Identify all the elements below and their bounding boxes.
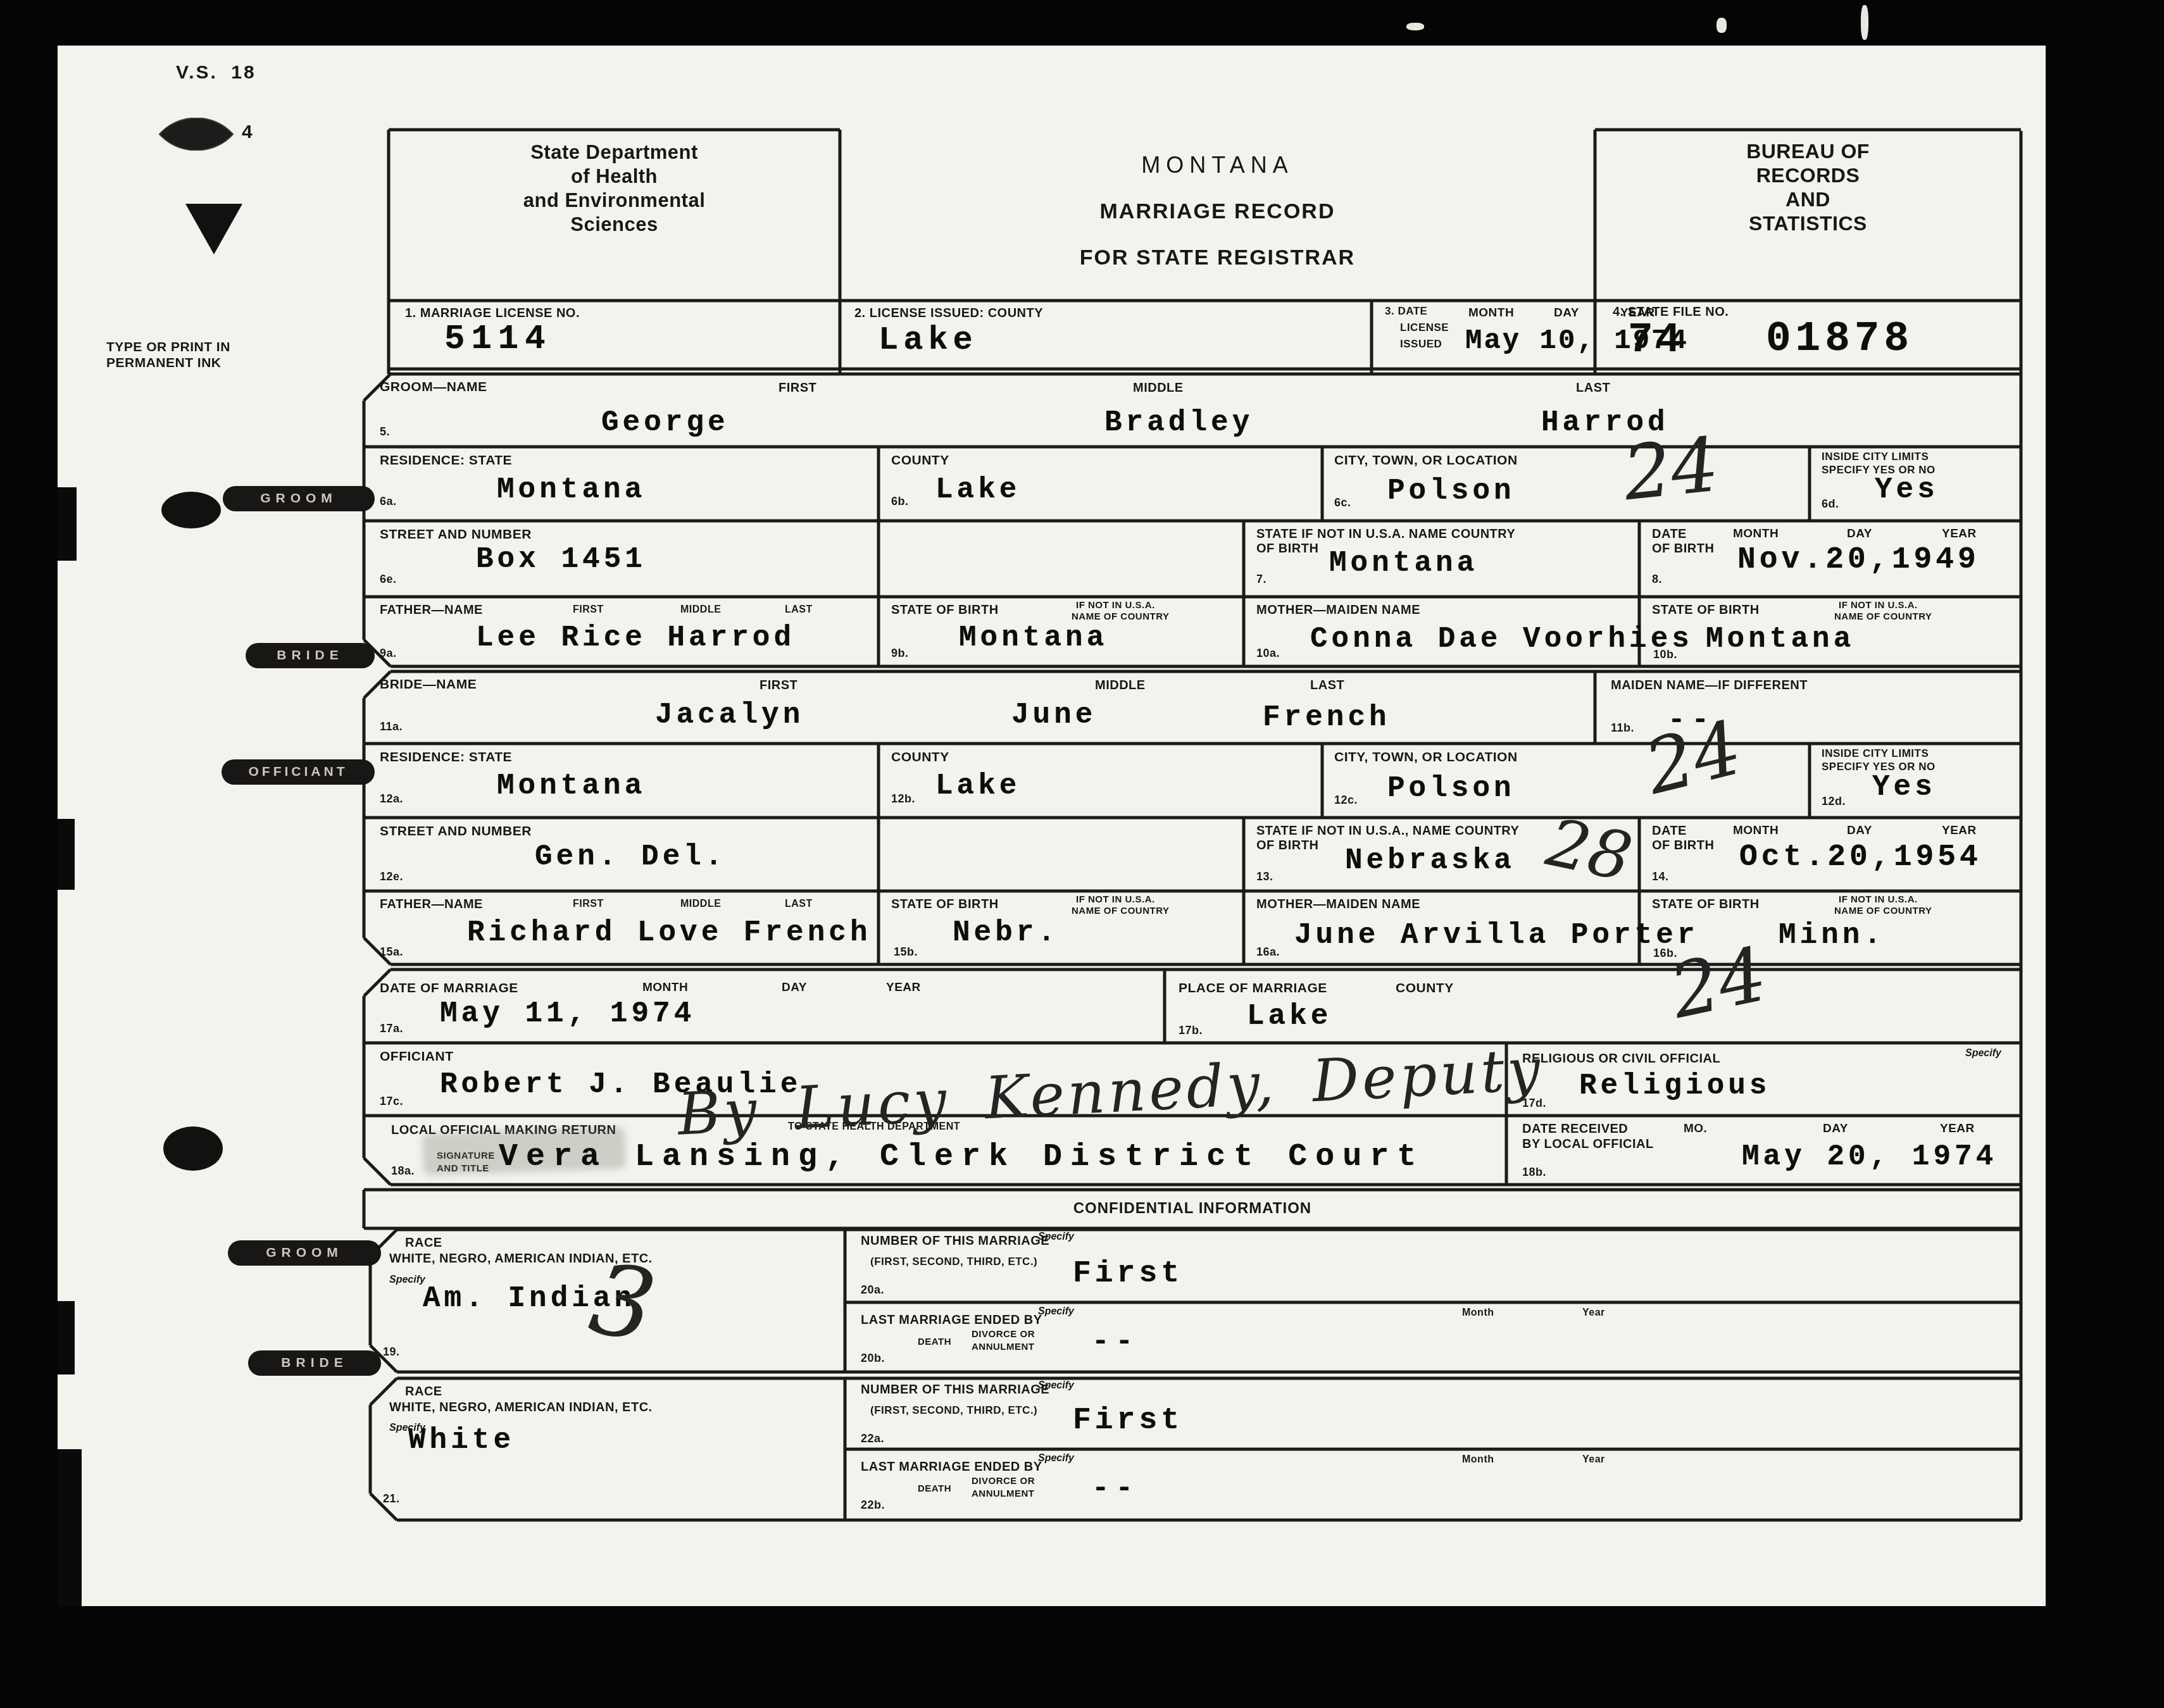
bride-mother-state-value: Minn. — [1779, 919, 1885, 952]
year-header: YEAR — [1942, 527, 1977, 541]
race-etc-label: WHITE, NEGRO, AMERICAN INDIAN, ETC. — [389, 1400, 653, 1415]
specify-label: Specify — [1038, 1380, 1074, 1392]
county-label: COUNTY — [891, 750, 949, 765]
first-header: FIRST — [779, 381, 816, 396]
department-line: of Health — [389, 165, 840, 189]
divorce-label1: DIVORCE OR — [972, 1329, 1035, 1340]
groom-mother-state-value: Montana — [1706, 623, 1854, 656]
groom-city-value: Polson — [1387, 475, 1515, 508]
bride-dob-value: Oct.20,1954 — [1739, 840, 1982, 875]
race-label: RACE — [405, 1236, 442, 1250]
license-issued-value: Lake — [879, 321, 978, 359]
dob-label2: OF BIRTH — [1652, 838, 1714, 853]
groom-state-value: Montana — [497, 473, 646, 506]
groom-birth-state-value: Montana — [1329, 547, 1478, 580]
hole-punch — [163, 1126, 223, 1171]
signature-typed-value: Vera Lansing, Clerk District Court — [499, 1139, 1424, 1175]
dob-label1: DATE — [1652, 824, 1687, 838]
last-marriage-ended-label: LAST MARRIAGE ENDED BY — [861, 1313, 1042, 1328]
year-header: YEAR — [886, 981, 921, 995]
residence-state-label: RESIDENCE: STATE — [380, 750, 512, 765]
month-small-header: Month — [1462, 1307, 1494, 1319]
not-usa-label2: NAME OF COUNTRY — [1834, 906, 1932, 916]
maiden-name-label: MAIDEN NAME—IF DIFFERENT — [1611, 678, 1808, 693]
tab-groom-upper: GROOM — [223, 486, 375, 511]
bureau-line: STATISTICS — [1595, 211, 2021, 235]
field-marker: 6a. — [380, 495, 397, 508]
tab-groom-label: GROOM — [260, 491, 337, 506]
bride-race-value: White — [408, 1424, 515, 1457]
tab-groom-lower: GROOM — [228, 1240, 381, 1266]
last-marriage-ended-label: LAST MARRIAGE ENDED BY — [861, 1460, 1042, 1474]
confidential-band: CONFIDENTIAL INFORMATION — [364, 1200, 2021, 1218]
eye-icon — [158, 118, 234, 151]
eye-number: 4 — [242, 122, 253, 143]
field-marker: 17c. — [380, 1095, 403, 1108]
year-header: YEAR — [1940, 1122, 1975, 1136]
state-file-prefix: 74 — [1628, 316, 1683, 364]
field-marker: 20a. — [861, 1283, 884, 1297]
county-label: COUNTY — [891, 453, 949, 468]
mother-label: MOTHER—MAIDEN NAME — [1256, 603, 1420, 618]
field-marker: 12b. — [891, 792, 915, 806]
tab-bride-label: BRIDE — [281, 1356, 347, 1371]
bride-name-label: BRIDE—NAME — [380, 677, 477, 692]
father-label: FATHER—NAME — [380, 897, 483, 912]
death-label: DEATH — [918, 1337, 951, 1347]
city-label: CITY, TOWN, OR LOCATION — [1334, 750, 1518, 765]
year-header: YEAR — [1942, 824, 1977, 838]
not-usa-label2: NAME OF COUNTRY — [1072, 611, 1169, 622]
department-title: State Department of Health and Environme… — [389, 140, 840, 237]
field-marker: 17b. — [1179, 1024, 1203, 1037]
groom-ended-by-value: -- — [1092, 1325, 1139, 1358]
field-marker: 19. — [383, 1345, 400, 1359]
field-marker: 14. — [1652, 870, 1669, 883]
not-usa-label1: IF NOT IN U.S.A. — [1839, 600, 1918, 611]
bureau-line: BUREAU OF — [1595, 139, 2021, 163]
form-code: V.S. 18 — [176, 62, 256, 84]
not-usa-label2: NAME OF COUNTRY — [1834, 611, 1932, 622]
bride-state-value: Montana — [497, 770, 646, 802]
tab-bride-label: BRIDE — [277, 648, 343, 663]
specify-label: Specify — [389, 1275, 425, 1286]
field-marker: 12d. — [1822, 795, 1846, 808]
license-date-label1: 3. DATE — [1385, 305, 1427, 318]
groom-father-value: Lee Rice Harrod — [476, 621, 795, 654]
specify-label: Specify — [1038, 1231, 1074, 1243]
field-marker: 12c. — [1334, 794, 1358, 807]
field-marker: 6e. — [380, 573, 397, 586]
religious-value: Religious — [1579, 1069, 1770, 1102]
divorce-label2: ANNULMENT — [972, 1488, 1035, 1499]
first-header: FIRST — [573, 604, 604, 616]
middle-header: MIDDLE — [1133, 381, 1184, 396]
place-of-marriage-label: PLACE OF MARRIAGE — [1179, 981, 1327, 996]
registrar-title: FOR STATE REGISTRAR — [840, 246, 1595, 270]
field-marker: 10a. — [1256, 647, 1280, 660]
groom-first-value: George — [601, 406, 729, 439]
type-note-line1: TYPE OR PRINT IN — [106, 340, 230, 355]
scanned-marriage-record: V.S. 18 4 TYPE OR PRINT IN PERMANENT INK… — [0, 0, 2164, 1708]
field-marker: 6b. — [891, 495, 909, 508]
field-marker: 11b. — [1611, 721, 1634, 735]
bride-mother-value: June Arvilla Porter — [1294, 919, 1699, 952]
state-file-number: 01878 — [1766, 315, 1913, 363]
state-of-birth-label: STATE OF BIRTH — [1652, 897, 1760, 912]
day-header: DAY — [1823, 1122, 1848, 1136]
number-of-marriage-label: NUMBER OF THIS MARRIAGE — [861, 1383, 1049, 1397]
specify-label: Specify — [1038, 1453, 1074, 1464]
field-marker: 7. — [1256, 573, 1267, 586]
field-marker: 15a. — [380, 945, 403, 959]
state-of-birth-label: STATE OF BIRTH — [1652, 603, 1760, 618]
license-date-label2: LICENSE — [1400, 321, 1449, 334]
divorce-label1: DIVORCE OR — [972, 1476, 1035, 1487]
handwritten-24: 24 — [1619, 421, 1723, 518]
not-usa-label1: IF NOT IN U.S.A. — [1076, 894, 1155, 905]
officiant-label: OFFICIANT — [380, 1049, 453, 1064]
bride-father-state-value: Nebr. — [953, 916, 1059, 949]
divorce-label2: ANNULMENT — [972, 1342, 1035, 1352]
last-header: LAST — [785, 604, 813, 616]
groom-mother-value: Conna Dae Voorhies — [1310, 623, 1693, 656]
field-marker: 12a. — [380, 792, 403, 806]
month-header: MONTH — [1733, 527, 1779, 541]
bride-birth-state-value: Nebraska — [1345, 844, 1515, 877]
field-marker: 22a. — [861, 1432, 884, 1445]
tab-bride-upper: BRIDE — [246, 643, 375, 668]
date-of-marriage-label: DATE OF MARRIAGE — [380, 981, 518, 996]
field-marker: 15b. — [894, 945, 918, 959]
bride-last-value: French — [1263, 701, 1391, 734]
groom-inside-city-value: Yes — [1875, 473, 1939, 506]
state-of-birth-label: STATE OF BIRTH — [891, 603, 999, 618]
month-small-header: Month — [1462, 1454, 1494, 1466]
middle-header: MIDDLE — [1095, 678, 1146, 693]
department-line: State Department — [389, 140, 840, 165]
tab-officiant-label: OFFICIANT — [249, 764, 348, 780]
marriage-date-value: May 11, 1974 — [440, 997, 695, 1030]
not-usa-label1: IF NOT IN U.S.A. — [1076, 600, 1155, 611]
bride-father-value: Richard Love French — [467, 916, 872, 949]
tab-bride-lower: BRIDE — [248, 1350, 381, 1376]
mother-label: MOTHER—MAIDEN NAME — [1256, 897, 1420, 912]
field-marker: 16a. — [1256, 945, 1280, 959]
middle-header: MIDDLE — [680, 604, 721, 616]
marriage-place-value: Lake — [1247, 1000, 1332, 1033]
inside-city-label1: INSIDE CITY LIMITS — [1822, 747, 1929, 760]
not-usa-label1: IF NOT IN U.S.A. — [1839, 894, 1918, 905]
department-line: and Environmental — [389, 189, 840, 213]
number-of-marriage-sublabel: (FIRST, SECOND, THIRD, ETC.) — [870, 1404, 1037, 1417]
year-small-header: Year — [1582, 1454, 1605, 1466]
groom-dob-value: Nov.20,1949 — [1737, 543, 1980, 577]
bride-street-value: Gen. Del. — [535, 840, 726, 873]
mo-header: MO. — [1684, 1122, 1707, 1136]
birth-state-label2: OF BIRTH — [1256, 542, 1318, 556]
residence-state-label: RESIDENCE: STATE — [380, 453, 512, 468]
tab-officiant: OFFICIANT — [222, 759, 375, 785]
inside-city-label1: INSIDE CITY LIMITS — [1822, 451, 1929, 463]
first-header: FIRST — [573, 899, 604, 910]
specify-label: Specify — [1965, 1048, 2001, 1059]
bride-marriage-number-value: First — [1073, 1404, 1183, 1438]
license-date-label3: ISSUED — [1400, 338, 1442, 351]
birth-state-label2: OF BIRTH — [1256, 838, 1318, 853]
field-marker: 22b. — [861, 1499, 885, 1512]
groom-middle-value: Bradley — [1104, 406, 1253, 439]
day-header: DAY — [1554, 306, 1579, 320]
down-triangle-icon — [185, 204, 242, 254]
department-line: Sciences — [389, 213, 840, 237]
tab-groom-label: GROOM — [266, 1245, 343, 1261]
groom-name-label: GROOM—NAME — [380, 380, 487, 395]
month-header: MONTH — [1468, 306, 1514, 320]
year-small-header: Year — [1582, 1307, 1605, 1319]
field-marker: 6c. — [1334, 496, 1351, 509]
groom-county-value: Lake — [935, 473, 1020, 506]
month-header: MONTH — [1733, 824, 1779, 838]
not-usa-label2: NAME OF COUNTRY — [1072, 906, 1169, 916]
day-header: DAY — [1847, 824, 1872, 838]
bureau-line: AND — [1595, 187, 2021, 211]
day-header: DAY — [782, 981, 807, 995]
state-title: MONTANA — [840, 152, 1595, 178]
hole-punch — [161, 492, 221, 528]
bride-ended-by-value: -- — [1092, 1472, 1139, 1505]
middle-header: MIDDLE — [680, 899, 721, 910]
death-label: DEATH — [918, 1483, 951, 1494]
first-header: FIRST — [760, 678, 797, 693]
date-received-label1: DATE RECEIVED — [1522, 1122, 1628, 1137]
last-header: LAST — [1310, 678, 1344, 693]
birth-state-label1: STATE IF NOT IN U.S.A. NAME COUNTRY — [1256, 527, 1515, 542]
field-marker: 18a. — [391, 1164, 415, 1178]
license-no-label: 1. MARRIAGE LICENSE NO. — [405, 306, 580, 321]
field-marker: 11a. — [380, 720, 403, 733]
dob-label1: DATE — [1652, 527, 1687, 542]
bride-city-value: Polson — [1387, 772, 1515, 805]
field-marker: 5. — [380, 425, 390, 439]
street-label: STREET AND NUMBER — [380, 824, 532, 839]
date-received-value: May 20, 1974 — [1742, 1140, 1997, 1173]
field-marker: 8. — [1652, 573, 1662, 586]
religious-civil-label: RELIGIOUS OR CIVIL OFFICIAL — [1522, 1052, 1720, 1066]
bride-first-value: Jacalyn — [655, 699, 804, 732]
license-no-value: 5114 — [444, 320, 552, 359]
bureau-line: RECORDS — [1595, 163, 2021, 187]
field-marker: 21. — [383, 1492, 400, 1505]
license-issued-label: 2. LICENSE ISSUED: COUNTY — [854, 306, 1043, 321]
date-received-label2: BY LOCAL OFFICIAL — [1522, 1137, 1654, 1152]
state-of-birth-label: STATE OF BIRTH — [891, 897, 999, 912]
field-marker: 6d. — [1822, 497, 1839, 511]
birth-state-label1: STATE IF NOT IN U.S.A., NAME COUNTRY — [1256, 824, 1519, 838]
field-marker: 12e. — [380, 870, 403, 883]
groom-marriage-number-value: First — [1073, 1257, 1183, 1291]
bride-county-value: Lake — [935, 770, 1020, 802]
field-marker: 10b. — [1653, 648, 1677, 661]
county-label: COUNTY — [1396, 981, 1454, 996]
field-marker: 9a. — [380, 647, 397, 660]
record-title: MARRIAGE RECORD — [840, 199, 1595, 224]
specify-label: Specify — [1038, 1306, 1074, 1318]
number-of-marriage-sublabel: (FIRST, SECOND, THIRD, ETC.) — [870, 1256, 1037, 1268]
field-marker: 9b. — [891, 647, 909, 660]
field-marker: 20b. — [861, 1352, 885, 1365]
race-label: RACE — [405, 1385, 442, 1399]
groom-father-state-value: Montana — [959, 621, 1108, 654]
bureau-title: BUREAU OF RECORDS AND STATISTICS — [1595, 139, 2021, 235]
field-marker: 18b. — [1522, 1166, 1546, 1179]
city-label: CITY, TOWN, OR LOCATION — [1334, 453, 1518, 468]
bride-inside-city-value: Yes — [1872, 771, 1936, 804]
groom-street-value: Box 1451 — [476, 543, 646, 576]
day-header: DAY — [1847, 527, 1872, 541]
street-label: STREET AND NUMBER — [380, 527, 532, 542]
month-header: MONTH — [642, 981, 688, 995]
field-marker: 13. — [1256, 870, 1273, 883]
type-note-line2: PERMANENT INK — [106, 356, 222, 371]
last-header: LAST — [1576, 381, 1610, 396]
bride-middle-value: June — [1011, 699, 1096, 732]
father-label: FATHER—NAME — [380, 603, 483, 618]
number-of-marriage-label: NUMBER OF THIS MARRIAGE — [861, 1234, 1049, 1249]
field-marker: 17a. — [380, 1022, 403, 1035]
last-header: LAST — [785, 899, 813, 910]
dob-label2: OF BIRTH — [1652, 542, 1714, 556]
